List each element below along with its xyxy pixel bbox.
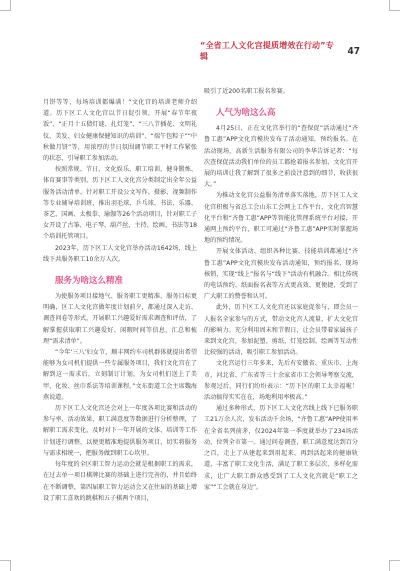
right-column: 吸引了近200名职工报名参赛。 人气为啥这么高 4月25日，正在文化宫举行的“查… [204, 86, 358, 493]
paragraph: 每年度的全区职工智力运动会就是根据职工的需求，在过去单一项目棋牌比赛的基础上进行… [43, 459, 197, 504]
crop-mark-bottom-right [389, 560, 400, 571]
page-number: 47 [347, 46, 360, 57]
running-header: “全省工人文化宫提质增效在行动”专辑 47 [200, 40, 360, 62]
paragraph: 按照常规、节日、文化娱乐、职工培训、健身锻炼、体育赛事等类别，历下区工人文化宫分… [43, 164, 197, 242]
crop-mark-bottom-left [0, 560, 11, 571]
paragraph: 为使服务项目接地气、服务职工更精准、服务目标更明确，区工人文化宫做年度计划前夕，… [43, 291, 197, 347]
paragraph: 2023年，历下区工人文化宫举办活动1642场，线上线下共服务职工10余万人次。 [43, 243, 197, 265]
paragraph: 4月25日，正在文化宫举行的“查保促”活动通过“齐鲁工惠”APP文化宫模块发布了… [204, 123, 358, 190]
paragraph: 通过多种形式，历下区工人文化宫线上线下已服务职工21万余人次，发布活动千余场，“… [204, 403, 358, 493]
paragraph: 文化宫运行三年多来，先后有安徽省、重庆市、上海市、河北省、广东省等三十余家省市工… [204, 358, 358, 403]
paragraph: 为推动文化宫公益服务清单落实落地，历下区工人文化宫积极与省总工会山东工会网上工作… [204, 190, 358, 246]
crop-mark-top-right [389, 0, 400, 11]
subheading-popularity: 人气为啥这么高 [204, 107, 358, 119]
paragraph: 开展文体活动、组织各种比赛、技能培训都通过“齐鲁工惠”APP文化宫模块发布活动通… [204, 246, 358, 302]
subheading-precise-service: 服务为啥这么精准 [43, 275, 197, 287]
section-title: “全省工人文化宫提质增效在行动”专辑 [200, 40, 337, 62]
crop-mark-top-left [0, 0, 11, 11]
paragraph: 月饼等等，每场培训都爆满！“文化宫的培训老师介绍道。历下区工人文化宫以节日促引领… [43, 97, 197, 164]
left-column: 月饼等等，每场培训都爆满！“文化宫的培训老师介绍道。历下区工人文化宫以节日促引领… [43, 97, 197, 504]
paragraph: 此外，历下区工人文化宫还以家庭促参与，即会员一人报名全家参与的方式，带动文化宫人… [204, 302, 358, 358]
paragraph: 历下区工人文化宫还会对上一年度各项比赛和活动的参与率、活动效果、职工满意度等数据… [43, 403, 197, 459]
paragraph: “今年‘三八’妇女节，顺丰网约车司机群体就提出希望能够为女司机们提供一些专属服务… [43, 347, 197, 403]
paragraph: 吸引了近200名职工报名参赛。 [204, 86, 358, 97]
